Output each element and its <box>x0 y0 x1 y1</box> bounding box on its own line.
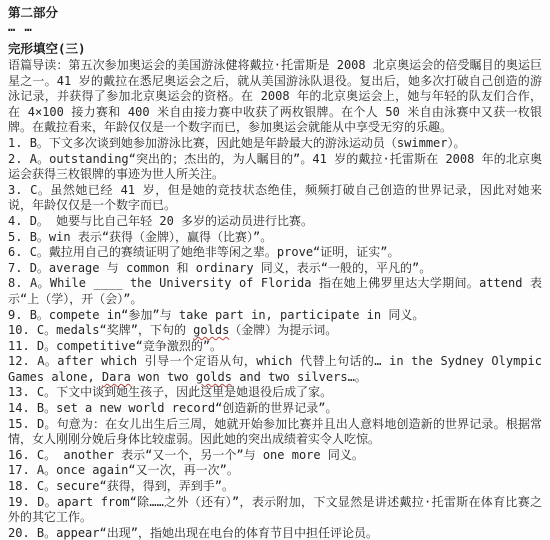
item-answer: C。 <box>37 448 56 462</box>
misspelled-word: Dara <box>102 370 131 384</box>
answer-item: 15. D。句意为：在女儿出生后三周，她就开始参加比赛并且出人意料地创造新的世界… <box>8 417 542 448</box>
intro-paragraph: 语篇导读：第五次参加奥运会的美国游泳健将戴拉·托雷斯是 2008 北京奥运会的倍… <box>8 58 542 136</box>
item-answer: A。 <box>37 354 57 368</box>
document-page: 第二部分 … … 完形填空(三) 语篇导读：第五次参加奥运会的美国游泳健将戴拉·… <box>0 0 550 540</box>
item-text: once again“又一次，再一次”。 <box>56 463 239 477</box>
item-answer: C。 <box>37 323 56 337</box>
item-number: 4. <box>8 214 30 228</box>
answer-item: 9. B。compete in“参加”与 take part in, parti… <box>8 308 542 324</box>
subsection-title: 完形填空(三) <box>8 40 542 57</box>
answer-item: 17. A。once again“又一次，再一次”。 <box>8 463 542 479</box>
answer-item: 4. D。 她要与比自己年轻 20 多岁的运动员进行比赛。 <box>8 214 542 230</box>
answer-item: 19. D。apart from“除……之外（还有）”，表示附加，下文显然是讲述… <box>8 495 542 526</box>
answer-item: 12. A。after which 引导一个定语从句，which 代替上句话的…… <box>8 354 542 385</box>
item-answer: D。 <box>30 261 49 275</box>
section-title: 第二部分 <box>8 4 542 21</box>
item-number: 13. <box>8 385 37 399</box>
item-answer: B。 <box>30 230 49 244</box>
item-text: 虽然她已经 41 岁，但是她的竞技状态绝佳，频频打破自己创造的世界记录，因此对她… <box>8 183 542 213</box>
answer-list: 1. B。下文多次谈到她参加游泳比赛，因此她是年龄最大的游泳运动员（swimme… <box>8 136 542 540</box>
item-text: average 与 common 和 ordinary 同义，表示“一般的，平凡… <box>49 261 431 275</box>
item-answer: A。 <box>37 463 56 477</box>
item-answer: C。 <box>37 385 56 399</box>
item-answer: D。 <box>37 417 57 431</box>
item-answer: C。 <box>30 245 49 259</box>
item-number: 6. <box>8 245 30 259</box>
answer-item: 5. B。win 表示“获得（金牌），赢得（比赛）”。 <box>8 230 542 246</box>
item-text: secure“获得，得到，弄到手”。 <box>56 479 234 493</box>
answer-item: 13. C。下文中谈到她生孩子，因此这里是她退役后成了家。 <box>8 385 542 401</box>
item-text: 下文中谈到她生孩子，因此这里是她退役后成了家。 <box>56 385 332 399</box>
item-text: 她要与比自己年轻 20 多岁的运动员进行比赛。 <box>49 214 313 228</box>
item-answer: B。 <box>37 401 56 415</box>
item-answer: A。 <box>30 152 49 166</box>
item-number: 12. <box>8 354 37 368</box>
item-answer: B。 <box>30 308 49 322</box>
item-text: 下文多次谈到她参加游泳比赛，因此她是年龄最大的游泳运动员（swimmer）。 <box>49 136 466 150</box>
answer-item: 7. D。average 与 common 和 ordinary 同义，表示“一… <box>8 261 542 277</box>
item-text: after which 引导一个定语从句，which 代替上句话的… in th… <box>8 354 542 384</box>
item-answer: C。 <box>30 183 50 197</box>
item-text: While ____ the University of Florida 指在她… <box>8 276 542 306</box>
answer-item: 3. C。虽然她已经 41 岁，但是她的竞技状态绝佳，频频打破自己创造的世界记录… <box>8 183 542 214</box>
item-text: competitive“竞争激烈的”。 <box>56 339 222 353</box>
answer-item: 11. D。competitive“竞争激烈的”。 <box>8 339 542 355</box>
item-text: 句意为：在女儿出生后三周，她就开始参加比赛并且出人意料地创造新的世界记录。根据常… <box>8 417 542 447</box>
item-text: apart from“除……之外（还有）”，表示附加，下文显然是讲述戴拉·托雷斯… <box>8 495 542 525</box>
misspelled-word: golds <box>196 370 232 384</box>
intro-label: 语篇导读： <box>8 58 68 72</box>
answer-item: 8. A。While ____ the University of Florid… <box>8 276 542 307</box>
item-answer: B。 <box>37 526 56 540</box>
item-number: 5. <box>8 230 30 244</box>
answer-item: 6. C。戴拉用自己的赛绩证明了她绝非等闲之辈。prove“证明，证实”。 <box>8 245 542 261</box>
item-answer: D。 <box>37 495 57 509</box>
answer-item: 16. C。 another 表示“又一个，另一个”与 one more 同义。 <box>8 448 542 464</box>
item-number: 19. <box>8 495 37 509</box>
item-number: 16. <box>8 448 37 462</box>
answer-item: 2. A。outstanding“突出的；杰出的，为人瞩目的”。41 岁的戴拉·… <box>8 152 542 183</box>
item-text: another 表示“又一个，另一个”与 one more 同义。 <box>56 448 364 462</box>
item-answer: D。 <box>37 339 56 353</box>
item-text: win 表示“获得（金牌），赢得（比赛）”。 <box>49 230 272 244</box>
item-number: 8. <box>8 276 30 290</box>
item-text: appear“出现”，指她出现在电台的体育节目中担任评论员。 <box>56 526 378 540</box>
item-number: 17. <box>8 463 37 477</box>
item-number: 15. <box>8 417 37 431</box>
item-answer: C。 <box>37 479 56 493</box>
item-answer: B。 <box>30 136 49 150</box>
item-text: outstanding“突出的；杰出的，为人瞩目的”。41 岁的戴拉·托雷斯在 … <box>8 152 542 182</box>
item-answer: A。 <box>30 276 50 290</box>
item-number: 1. <box>8 136 30 150</box>
item-number: 10. <box>8 323 37 337</box>
item-number: 14. <box>8 401 37 415</box>
item-number: 18. <box>8 479 37 493</box>
item-number: 9. <box>8 308 30 322</box>
item-text: compete in“参加”与 take part in, participat… <box>49 308 424 322</box>
answer-item: 20. B。appear“出现”，指她出现在电台的体育节目中担任评论员。 <box>8 526 542 540</box>
item-number: 7. <box>8 261 30 275</box>
answer-item: 10. C。medals“奖牌”，下句的 golds（金牌）为提示词。 <box>8 323 542 339</box>
misspelled-word: golds <box>193 323 229 337</box>
item-number: 20. <box>8 526 37 540</box>
section-separator: … … <box>8 21 542 34</box>
answer-item: 1. B。下文多次谈到她参加游泳比赛，因此她是年龄最大的游泳运动员（swimme… <box>8 136 542 152</box>
item-text: medals“奖牌”，下句的 golds（金牌）为提示词。 <box>56 323 337 337</box>
intro-text: 第五次参加奥运会的美国游泳健将戴拉·托雷斯是 2008 北京奥运会的倍受瞩目的奥… <box>8 58 542 134</box>
answer-item: 18. C。secure“获得，得到，弄到手”。 <box>8 479 542 495</box>
item-number: 11. <box>8 339 37 353</box>
item-text: set a new world record“创造新的世界记录”。 <box>56 401 337 415</box>
answer-item: 14. B。set a new world record“创造新的世界记录”。 <box>8 401 542 417</box>
item-answer: D。 <box>30 214 49 228</box>
item-number: 3. <box>8 183 30 197</box>
item-number: 2. <box>8 152 30 166</box>
item-text: 戴拉用自己的赛绩证明了她绝非等闲之辈。prove“证明，证实”。 <box>49 245 400 259</box>
